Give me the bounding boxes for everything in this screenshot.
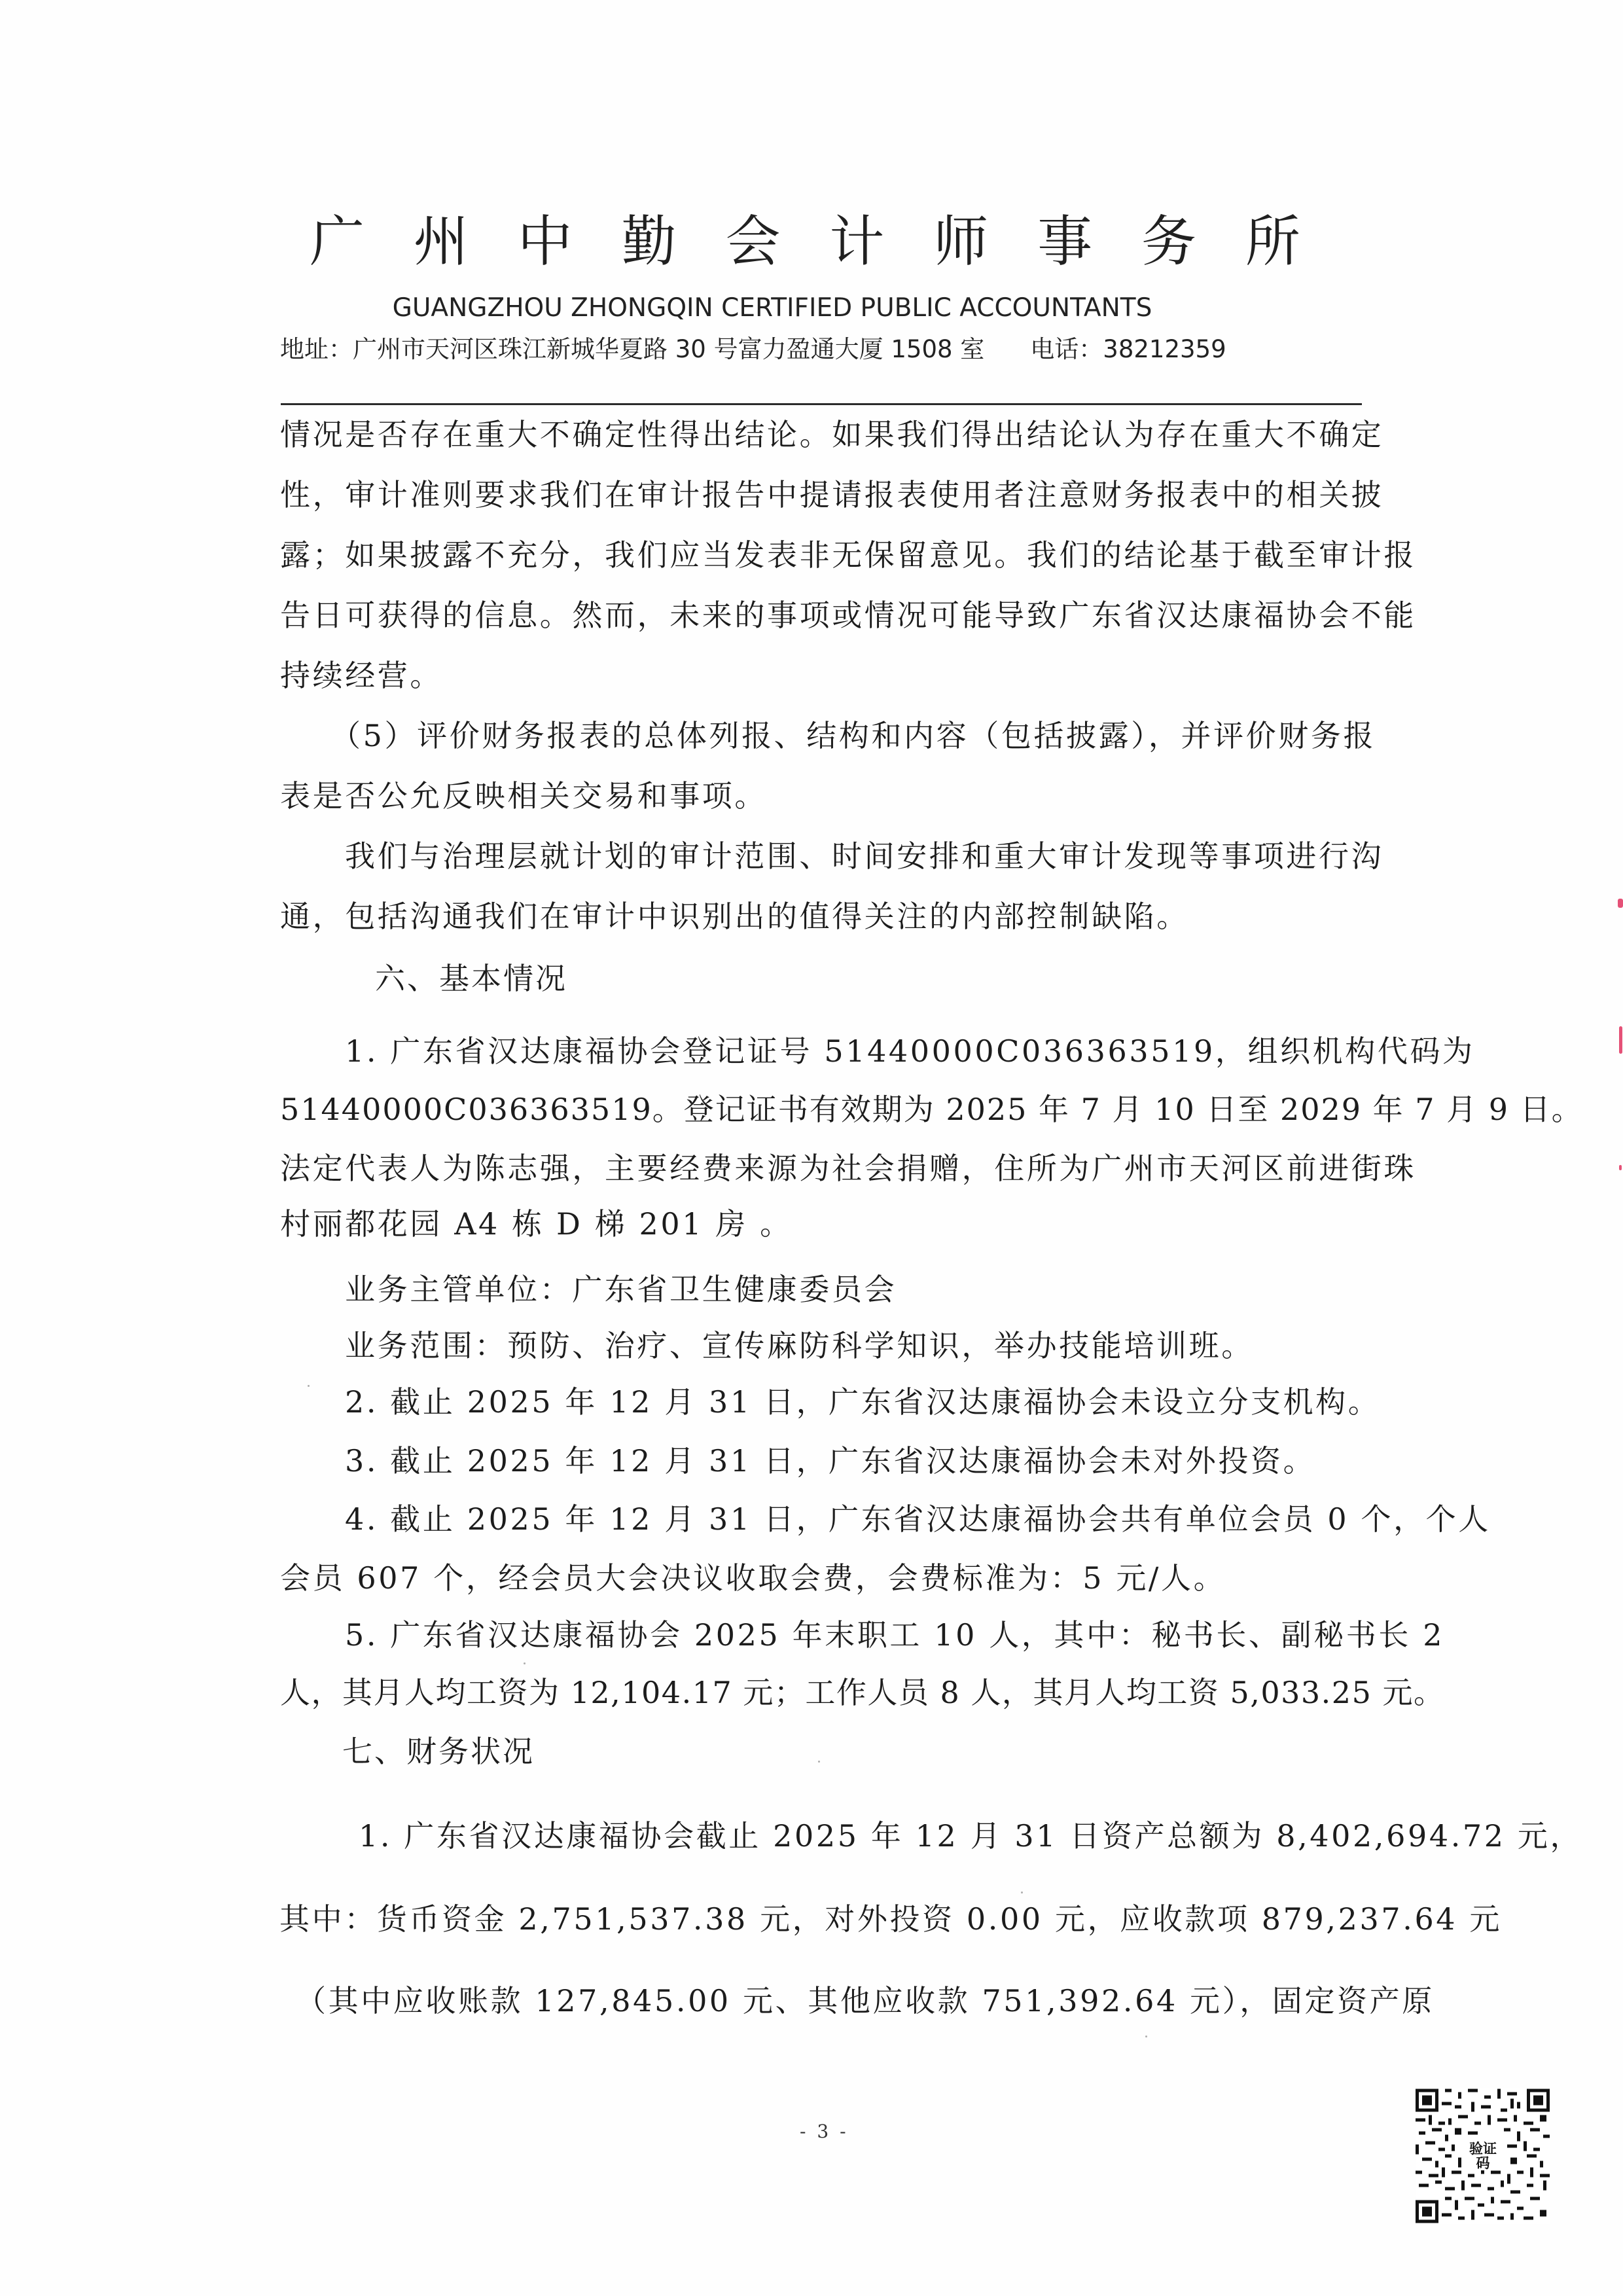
body-line: 1. 广东省汉达康福协会截止 2025 年 12 月 31 日资产总额为 8,4… (359, 1818, 1406, 1854)
body-line: 表是否公允反映相关交易和事项。 (280, 778, 767, 814)
body-line: 人，其月人均工资为 12,104.17 元；工作人员 8 人，其月人均工资 5,… (280, 1674, 1444, 1711)
title-char: 务 (1139, 198, 1198, 277)
firm-phone: 电话：38212359 (1030, 335, 1226, 363)
seal-fragment (1618, 899, 1623, 908)
letterhead-divider (281, 403, 1362, 405)
section-heading-basic-info: 六、基本情况 (375, 960, 567, 997)
body-line: 1. 广东省汉达康福协会登记证号 51440000C036363519，组织机构… (345, 1033, 1361, 1069)
body-line: 告日可获得的信息。然而，未来的事项或情况可能导致广东省汉达康福协会不能 (280, 597, 1361, 634)
scan-speck (818, 1761, 820, 1763)
body-line: 通，包括沟通我们在审计中识别出的值得关注的内部控制缺陷。 (280, 898, 1189, 935)
section-heading-financial-status: 七、财务状况 (342, 1733, 535, 1770)
scan-speck (524, 1662, 526, 1664)
firm-name-english: GUANGZHOU ZHONGQIN CERTIFIED PUBLIC ACCO… (383, 293, 1162, 323)
body-line: 会员 607 个，经会员大会决议收取会费，会费标准为：5 元/人。 (280, 1560, 1226, 1596)
title-char: 事 (1035, 198, 1094, 277)
body-line: 其中：货币资金 2,751,537.38 元，对外投资 0.00 元，应收款项 … (279, 1901, 1381, 1937)
supervising-unit-line: 业务主管单位：广东省卫生健康委员会 (345, 1271, 897, 1308)
title-char: 州 (412, 198, 471, 277)
title-char: 广 (308, 198, 366, 277)
qr-verification-label: 验证码 (1467, 2142, 1499, 2170)
scan-speck (1021, 1892, 1023, 1893)
body-line: 3. 截止 2025 年 12 月 31 日，广东省汉达康福协会未对外投资。 (345, 1443, 1315, 1479)
title-char: 中 (516, 198, 575, 277)
body-line: 情况是否存在重大不确定性得出结论。如果我们得出结论认为存在重大不确定 (280, 416, 1361, 453)
document-page: 广 州 中 勤 会 计 师 事 务 所 GUANGZHOU ZHONGQIN C… (0, 0, 1623, 2296)
verification-qr-code: 验证码 (1416, 2088, 1550, 2224)
body-line: 持续经营。 (280, 657, 442, 694)
body-line: 性，审计准则要求我们在审计报告中提请报表使用者注意财务报表中的相关披 (280, 476, 1361, 513)
title-char: 计 (827, 198, 886, 277)
title-char: 所 (1243, 198, 1302, 277)
firm-name-title: 广 州 中 勤 会 计 师 事 务 所 (308, 204, 1302, 270)
title-char: 会 (724, 198, 783, 277)
firm-address: 地址：广州市天河区珠江新城华夏路 30 号富力盈通大厦 1508 室 (280, 335, 984, 363)
seal-fragment (1619, 1026, 1622, 1054)
seal-fragment (1619, 1165, 1622, 1170)
title-char: 师 (931, 198, 990, 277)
body-line: 4. 截止 2025 年 12 月 31 日，广东省汉达康福协会共有单位会员 0… (345, 1501, 1361, 1537)
page-number: - 3 - (800, 2121, 849, 2142)
body-line: （其中应收账款 127,845.00 元、其他应收款 751,392.64 元）… (296, 1982, 1212, 2019)
body-line: 51440000C036363519。登记证书有效期为 2025 年 7 月 1… (280, 1091, 1583, 1128)
business-scope-line: 业务范围：预防、治疗、宣传麻防科学知识，举办技能培训班。 (345, 1327, 1254, 1364)
body-line: （5）评价财务报表的总体列报、结构和内容（包括披露），并评价财务报 (330, 717, 1361, 754)
body-line: 村丽都花园 A4 栋 D 梯 201 房 。 (280, 1206, 793, 1242)
scan-speck (308, 1385, 310, 1387)
body-line: 2. 截止 2025 年 12 月 31 日，广东省汉达康福协会未设立分支机构。 (345, 1384, 1380, 1420)
scan-speck (1145, 2036, 1147, 2037)
body-line: 5. 广东省汉达康福协会 2025 年末职工 10 人，其中：秘书长、副秘书长 … (345, 1617, 1361, 1653)
body-line: 露；如果披露不充分，我们应当发表非无保留意见。我们的结论基于截至审计报 (280, 537, 1361, 573)
body-line: 法定代表人为陈志强，主要经费来源为社会捐赠，住所为广州市天河区前进街珠 (280, 1150, 1361, 1187)
title-char: 勤 (620, 198, 679, 277)
firm-contact-line: 地址：广州市天河区珠江新城华夏路 30 号富力盈通大厦 1508 室电话：382… (280, 329, 1226, 365)
body-line: 我们与治理层就计划的审计范围、时间安排和重大审计发现等事项进行沟 (345, 838, 1361, 874)
